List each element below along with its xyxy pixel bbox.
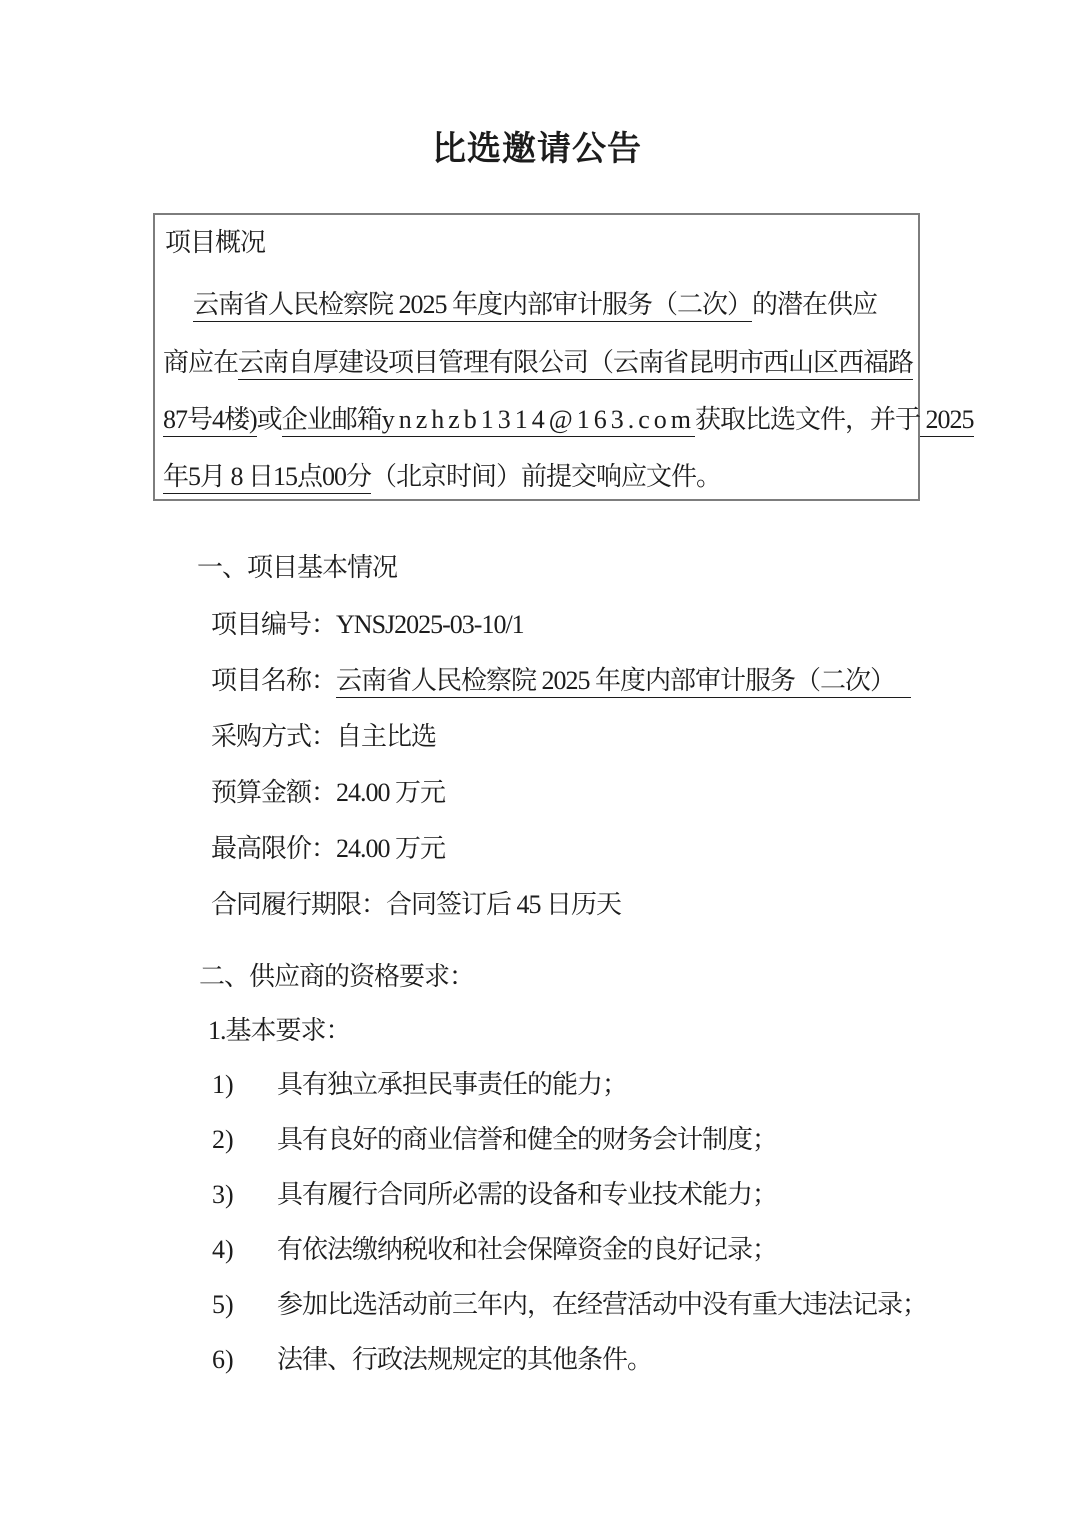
list-item-text: 有依法缴纳税收和社会保障资金的良好记录； bbox=[277, 1235, 777, 1264]
field-label: 预算金额： bbox=[211, 778, 336, 807]
list-item-number: 3) bbox=[212, 1180, 277, 1210]
list-item-number: 1) bbox=[212, 1070, 277, 1100]
list-item-number: 2) bbox=[212, 1125, 277, 1155]
list-item: 4)有依法缴纳税收和社会保障资金的良好记录； bbox=[212, 1235, 777, 1265]
field-row: 最高限价：24.00 万元 bbox=[211, 834, 445, 864]
field-value: 自主比选 bbox=[336, 722, 436, 751]
field-value: 合同签订后 45 日历天 bbox=[386, 890, 621, 919]
document-title: 比选邀请公告 bbox=[0, 131, 1074, 168]
field-row: 采购方式：自主比选 bbox=[211, 722, 436, 752]
plain-text: （北京时间）前提交响应文件。 bbox=[371, 462, 721, 491]
list-item: 6)法律、行政法规规定的其他条件。 bbox=[212, 1345, 652, 1375]
email-text: ynzhzb1314@163.com bbox=[382, 405, 695, 437]
underlined-text: 云南自厚建设项目管理有限公司（云南省昆明市西山区西福路 bbox=[238, 348, 913, 380]
overview-box-label: 项目概况 bbox=[165, 228, 265, 258]
underlined-text: 87号4楼) bbox=[163, 405, 257, 437]
underlined-text: 年5月 8 日15点00分 bbox=[163, 462, 371, 494]
subsection-heading-basic-requirements: 1.基本要求： bbox=[208, 1016, 351, 1046]
plain-text: 或 bbox=[257, 405, 282, 434]
document-page: 比选邀请公告 项目概况 云南省人民检察院 2025 年度内部审计服务（二次）的潜… bbox=[0, 0, 1074, 1520]
field-row: 项目编号：YNSJ2025-03-10/1 bbox=[211, 610, 524, 640]
project-overview-box: 项目概况 云南省人民检察院 2025 年度内部审计服务（二次）的潜在供应商应在云… bbox=[153, 213, 920, 501]
field-row: 项目名称：云南省人民检察院 2025 年度内部审计服务（二次） bbox=[211, 666, 911, 696]
list-item-text: 具有履行合同所必需的设备和专业技术能力； bbox=[277, 1180, 777, 1209]
list-item-text: 参加比选活动前三年内，在经营活动中没有重大违法记录； bbox=[277, 1290, 927, 1319]
field-row: 合同履行期限：合同签订后 45 日历天 bbox=[211, 890, 621, 920]
overview-line: 商应在云南自厚建设项目管理有限公司（云南省昆明市西山区西福路 bbox=[163, 348, 914, 378]
list-item: 3)具有履行合同所必需的设备和专业技术能力； bbox=[212, 1180, 777, 1210]
plain-text: 获取比选文件，并于 bbox=[695, 405, 920, 434]
field-value: 云南省人民检察院 2025 年度内部审计服务（二次） bbox=[336, 666, 911, 698]
list-item-number: 5) bbox=[212, 1290, 277, 1320]
field-label: 合同履行期限： bbox=[211, 890, 386, 919]
section-heading-basic-info: 一、项目基本情况 bbox=[197, 553, 397, 583]
list-item: 5)参加比选活动前三年内，在经营活动中没有重大违法记录； bbox=[212, 1290, 927, 1320]
underlined-text: 企业邮箱 bbox=[282, 405, 382, 437]
field-value: YNSJ2025-03-10/1 bbox=[336, 610, 524, 639]
underlined-text: 云南省人民检察院 2025 年度内部审计服务（二次） bbox=[193, 290, 752, 322]
field-label: 采购方式： bbox=[211, 722, 336, 751]
list-item: 2)具有良好的商业信誉和健全的财务会计制度； bbox=[212, 1125, 777, 1155]
underlined-text: 2025 bbox=[920, 405, 974, 437]
list-item-number: 6) bbox=[212, 1345, 277, 1375]
field-label: 项目编号： bbox=[211, 610, 336, 639]
plain-text: 的潜在供应 bbox=[752, 290, 877, 319]
field-value: 24.00 万元 bbox=[336, 778, 445, 807]
list-item-text: 具有良好的商业信誉和健全的财务会计制度； bbox=[277, 1125, 777, 1154]
field-label: 最高限价： bbox=[211, 834, 336, 863]
overview-line: 云南省人民检察院 2025 年度内部审计服务（二次）的潜在供应 bbox=[163, 290, 914, 320]
overview-line: 年5月 8 日15点00分（北京时间）前提交响应文件。 bbox=[163, 462, 914, 492]
plain-text: 商应在 bbox=[163, 348, 238, 377]
section-heading-qualifications: 二、供应商的资格要求： bbox=[199, 962, 474, 992]
list-item-text: 法律、行政法规规定的其他条件。 bbox=[277, 1345, 652, 1374]
overview-line: 87号4楼)或企业邮箱ynzhzb1314@163.com获取比选文件，并于 2… bbox=[163, 405, 914, 435]
list-item-text: 具有独立承担民事责任的能力； bbox=[277, 1070, 627, 1099]
list-item: 1)具有独立承担民事责任的能力； bbox=[212, 1070, 627, 1100]
field-row: 预算金额：24.00 万元 bbox=[211, 778, 445, 808]
field-value: 24.00 万元 bbox=[336, 834, 445, 863]
list-item-number: 4) bbox=[212, 1235, 277, 1265]
field-label: 项目名称： bbox=[211, 666, 336, 695]
